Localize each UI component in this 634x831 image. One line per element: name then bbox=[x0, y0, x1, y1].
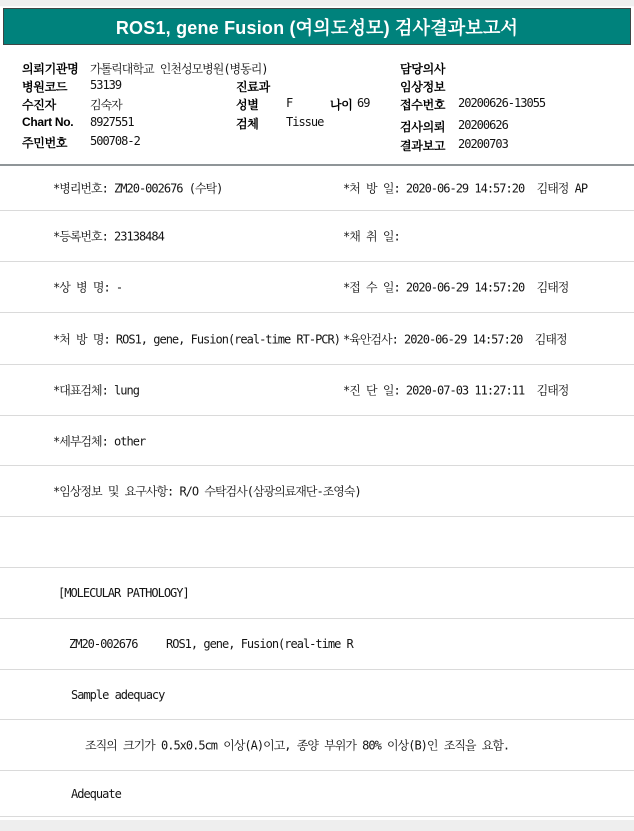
row-right-text: *처 방 일: 2020-06-29 14:57:20 김태정 AP bbox=[343, 180, 587, 197]
row-left-text: *임상정보 및 요구사항: R/O 수탁검사(삼광의료재단-조영숙) bbox=[53, 483, 361, 500]
row-left-text: Adequate bbox=[71, 787, 121, 801]
field-value-sex: F bbox=[286, 96, 292, 110]
field-label-sex: 성별 bbox=[236, 96, 259, 113]
field-label-report-date: 결과보고 bbox=[400, 137, 445, 154]
field-label-order-date: 검사의뢰 bbox=[400, 118, 445, 135]
field-label-clinical-info: 임상정보 bbox=[400, 78, 445, 95]
row-left-text: 조직의 크기가 0.5x0.5cm 이상(A)이고, 종양 부위가 80% 이상… bbox=[85, 737, 509, 754]
field-value-order-date: 20200626 bbox=[458, 118, 508, 132]
row-left-text: *처 방 명: ROS1, gene, Fusion(real-time RT-… bbox=[53, 330, 340, 347]
table-row: *상 병 명: - *접 수 일: 2020-06-29 14:57:20 김태… bbox=[0, 262, 634, 313]
row-left-text: Sample adequacy bbox=[71, 688, 164, 702]
detail-rows: *병리번호: ZM20-002676 (수탁) *처 방 일: 2020-06-… bbox=[0, 166, 634, 817]
table-row: *병리번호: ZM20-002676 (수탁) *처 방 일: 2020-06-… bbox=[0, 166, 634, 211]
row-left-text: *대표검체: lung bbox=[53, 382, 139, 399]
row-right-text: *채 취 일: bbox=[343, 228, 400, 245]
table-row: *세부검체: other bbox=[0, 416, 634, 466]
field-label-department: 진료과 bbox=[236, 78, 270, 95]
field-value-requesting-org: 가톨릭대학교 인천성모병원(병동리) bbox=[90, 60, 268, 77]
table-row: *처 방 명: ROS1, gene, Fusion(real-time RT-… bbox=[0, 313, 634, 365]
field-label-specimen: 검체 bbox=[236, 115, 259, 132]
patient-info-header: 의뢰기관명 가톨릭대학교 인천성모병원(병동리) 병원코드 53139 수진자 … bbox=[0, 0, 634, 164]
field-label-patient-name: 수진자 bbox=[22, 96, 56, 113]
table-row bbox=[0, 517, 634, 568]
table-row-adequacy-result: Adequate bbox=[0, 771, 634, 817]
field-value-report-date: 20200703 bbox=[458, 137, 508, 151]
field-label-chart-no: Chart No. bbox=[22, 115, 73, 129]
bottom-strip bbox=[0, 820, 634, 831]
field-label-resident-id: 주민번호 bbox=[22, 134, 67, 151]
table-row-molecular-pathology-header: [MOLECULAR PATHOLOGY] bbox=[0, 568, 634, 619]
field-label-attending-doctor: 담당의사 bbox=[400, 60, 445, 77]
report-page: ROS1, gene Fusion (여의도성모) 검사결과보고서 의뢰기관명 … bbox=[0, 0, 634, 831]
field-value-specimen: Tissue bbox=[286, 115, 323, 129]
table-row-adequacy-criteria: 조직의 크기가 0.5x0.5cm 이상(A)이고, 종양 부위가 80% 이상… bbox=[0, 720, 634, 771]
field-value-hospital-code: 53139 bbox=[90, 78, 121, 92]
field-label-age: 나이 bbox=[330, 96, 353, 113]
field-value-resident-id: 500708-2 bbox=[90, 134, 140, 148]
row-left-text: *상 병 명: - bbox=[53, 279, 122, 296]
row-left-text: *세부검체: other bbox=[53, 432, 145, 449]
field-label-accession-no: 접수번호 bbox=[400, 96, 445, 113]
table-row-sample-adequacy: Sample adequacy bbox=[0, 670, 634, 720]
row-right-text: *육안검사: 2020-06-29 14:57:20 김태정 bbox=[343, 330, 567, 347]
row-right-text: *접 수 일: 2020-06-29 14:57:20 김태정 bbox=[343, 279, 568, 296]
table-row-test-item: ZM20-002676 ROS1, gene, Fusion(real-time… bbox=[0, 619, 634, 670]
field-value-patient-name: 김숙자 bbox=[90, 96, 122, 113]
field-value-accession-no: 20200626-13055 bbox=[458, 96, 545, 110]
field-value-chart-no: 8927551 bbox=[90, 115, 134, 129]
row-left-text: ZM20-002676 bbox=[69, 637, 137, 651]
field-label-requesting-org: 의뢰기관명 bbox=[22, 60, 78, 77]
table-row: *임상정보 및 요구사항: R/O 수탁검사(삼광의료재단-조영숙) bbox=[0, 466, 634, 517]
row-right-text: *진 단 일: 2020-07-03 11:27:11 김태정 bbox=[343, 382, 568, 399]
row-left-text: *등록번호: 23138484 bbox=[53, 228, 164, 245]
row-left-text: [MOLECULAR PATHOLOGY] bbox=[58, 586, 189, 600]
row-right-text: ROS1, gene, Fusion(real-time R bbox=[166, 637, 353, 651]
field-value-age: 69 bbox=[357, 96, 369, 110]
table-row: *대표검체: lung *진 단 일: 2020-07-03 11:27:11 … bbox=[0, 365, 634, 416]
row-left-text: *병리번호: ZM20-002676 (수탁) bbox=[53, 180, 222, 197]
field-label-hospital-code: 병원코드 bbox=[22, 78, 67, 95]
table-row: *등록번호: 23138484 *채 취 일: bbox=[0, 211, 634, 262]
